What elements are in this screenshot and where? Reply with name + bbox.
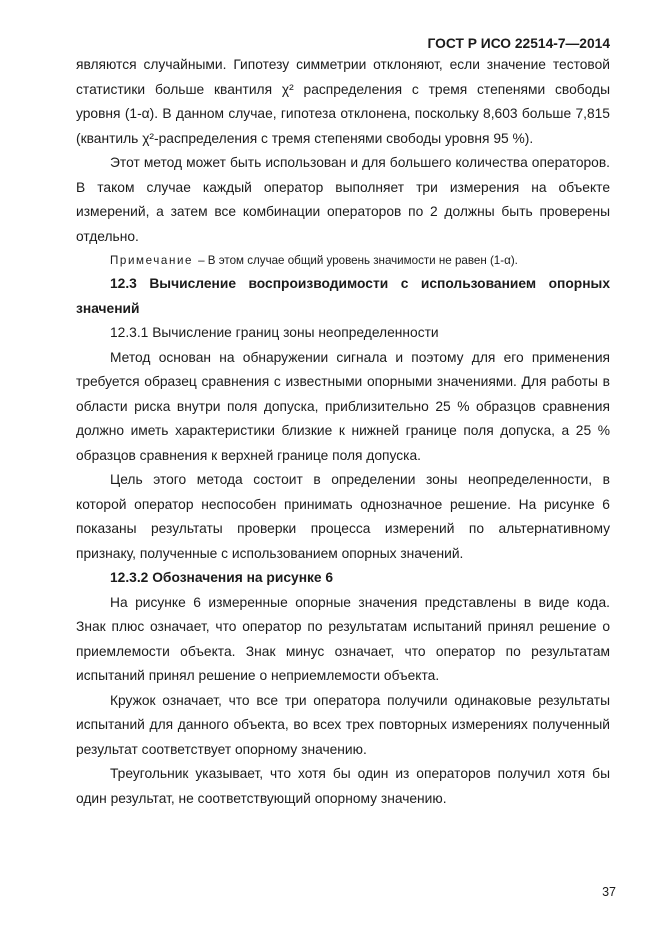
document-page: ГОСТ Р ИСО 22514-7—2014 являются случайн…	[0, 0, 661, 936]
para-chi-square-test: являются случайными. Гипотезу симметрии …	[76, 53, 610, 151]
heading-12-3-1: 12.3.1 Вычисление границ зоны неопределе…	[76, 321, 610, 346]
para-goal: Цель этого метода состоит в определении …	[76, 468, 610, 566]
para-circle-meaning: Кружок означает, что все три оператора п…	[76, 689, 610, 763]
heading-12-3: 12.3 Вычисление воспроизводимости с испо…	[76, 272, 610, 321]
note: Примечание– В этом случае общий уровень …	[76, 249, 610, 272]
para-figure-codes: На рисунке 6 измеренные опорные значения…	[76, 591, 610, 689]
heading-12-3-2: 12.3.2 Обозначения на рисунке 6	[76, 566, 610, 591]
para-more-operators: Этот метод может быть использован и для …	[76, 151, 610, 249]
note-label: Примечание	[110, 254, 198, 267]
note-text: – В этом случае общий уровень значимости…	[198, 254, 518, 267]
para-triangle-meaning: Треугольник указывает, что хотя бы один …	[76, 762, 610, 811]
para-method-basis: Метод основан на обнаружении сигнала и п…	[76, 346, 610, 469]
page-content: являются случайными. Гипотезу симметрии …	[76, 53, 610, 811]
running-header: ГОСТ Р ИСО 22514-7—2014	[76, 36, 610, 51]
page-number: 37	[602, 885, 616, 899]
